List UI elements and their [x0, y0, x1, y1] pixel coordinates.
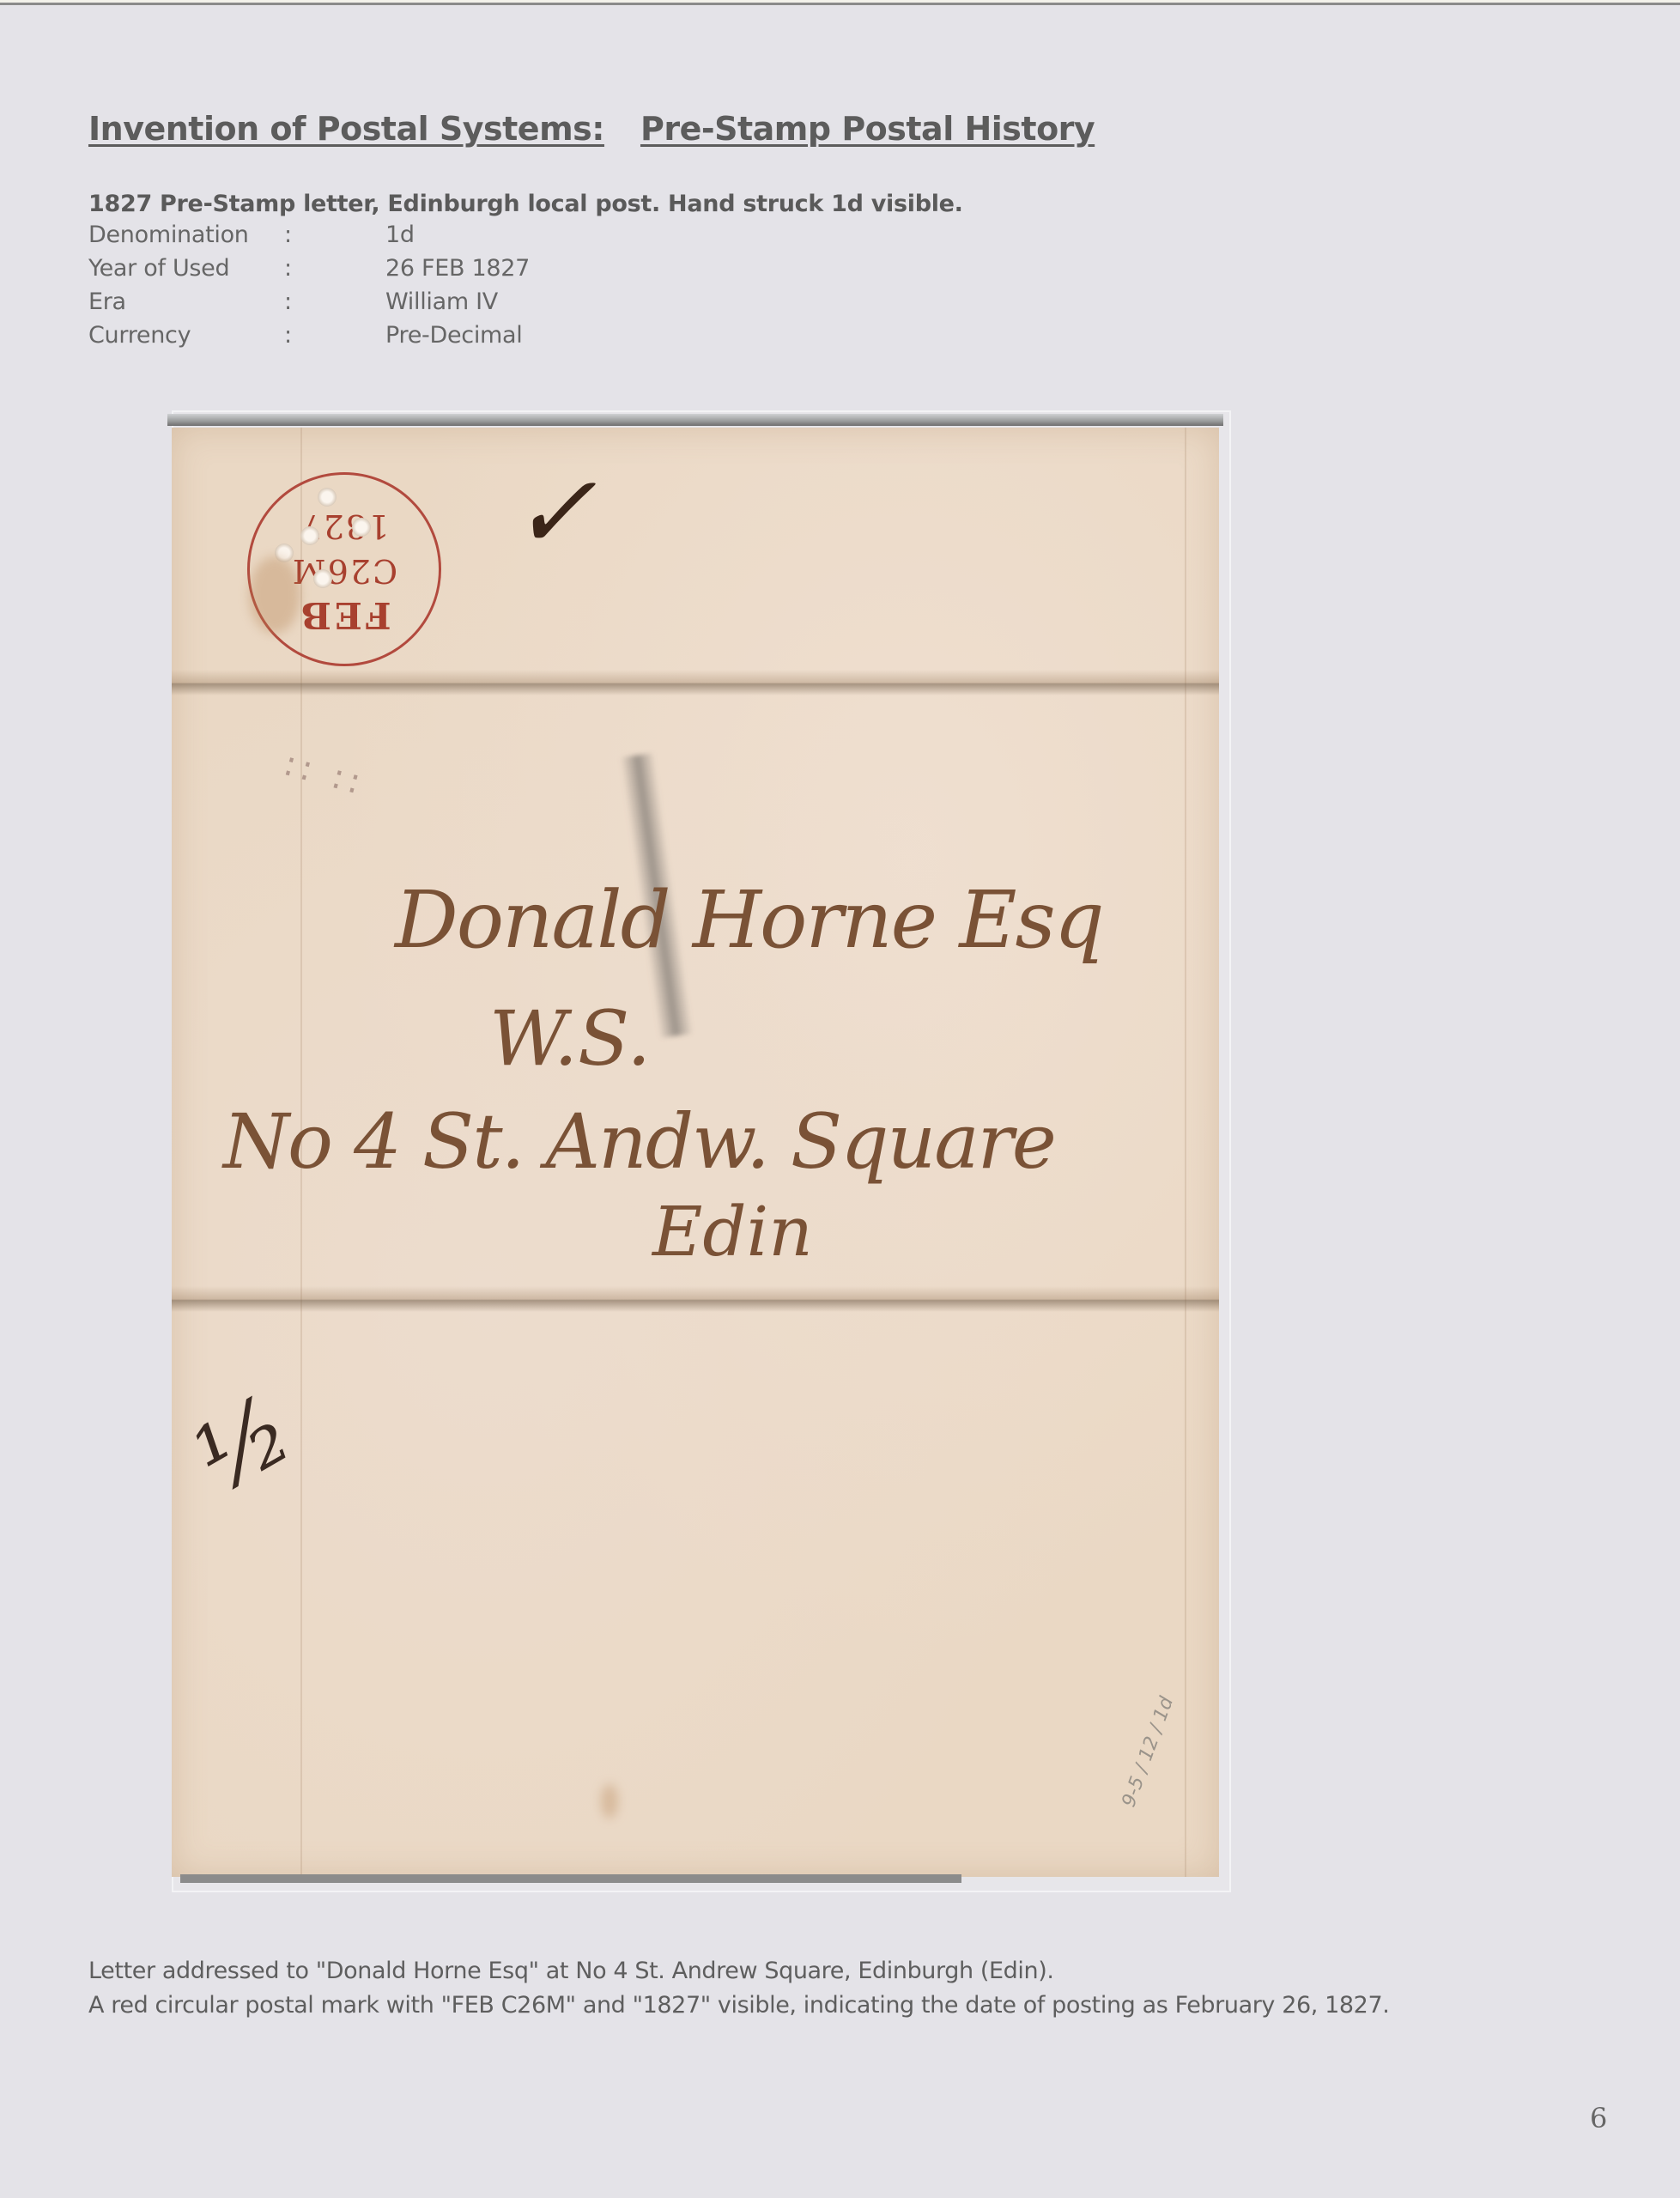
spec-row-denomination: Denomination : 1d	[88, 222, 689, 255]
caption-line: Letter addressed to "Donald Horne Esq" a…	[88, 1954, 1389, 1989]
stain	[249, 556, 300, 634]
check-mark: ✓	[511, 453, 597, 573]
faint-handstamp: :: ::	[280, 744, 370, 803]
spec-label: Currency	[88, 322, 191, 349]
page-number: 6	[1590, 2102, 1607, 2134]
spec-sep: :	[284, 222, 292, 248]
rate-mark: ½	[176, 1374, 310, 1515]
spec-sep: :	[284, 322, 292, 349]
pencil-note: 9-5 / 12 / 1d	[1119, 1694, 1179, 1810]
spec-value: Pre-Decimal	[385, 322, 522, 349]
address-line-name: Donald Horne Esq	[395, 874, 1103, 966]
caption-line: A red circular postal mark with "FEB C26…	[88, 1989, 1389, 2023]
title-left: Invention of Postal Systems:	[88, 110, 604, 148]
spec-sep: :	[284, 288, 292, 315]
spec-value: 26 FEB 1827	[385, 255, 530, 282]
sleeve-bottom-edge	[180, 1874, 961, 1883]
fold-line	[172, 670, 1219, 695]
stain	[601, 1784, 618, 1819]
page-title: Invention of Postal Systems:Pre-Stamp Po…	[88, 110, 1095, 148]
spec-row-era: Era : William IV	[88, 288, 689, 322]
spec-row-currency: Currency : Pre-Decimal	[88, 322, 689, 355]
address-line-title: W.S.	[489, 994, 651, 1083]
caption: Letter addressed to "Donald Horne Esq" a…	[88, 1954, 1389, 2023]
title-right: Pre-Stamp Postal History	[640, 110, 1095, 148]
page-top-edge	[0, 0, 1680, 9]
spec-value: 1d	[385, 222, 415, 248]
crease-line	[1185, 428, 1186, 1877]
spec-label: Era	[88, 288, 126, 315]
item-description: 1827 Pre-Stamp letter, Edinburgh local p…	[88, 191, 963, 217]
address-line-city: Edin	[652, 1192, 813, 1272]
sleeve-top-edge	[167, 414, 1223, 426]
spec-label: Year of Used	[88, 255, 229, 282]
spec-value: William IV	[385, 288, 498, 315]
spec-sep: :	[284, 255, 292, 282]
spec-row-year: Year of Used : 26 FEB 1827	[88, 255, 689, 288]
spec-label: Denomination	[88, 222, 249, 248]
fold-line	[172, 1286, 1219, 1312]
address-line-street: No 4 St. Andw. Square	[223, 1097, 1055, 1186]
letter-image: FEB C26M 1827 :: :: ✓ Donald Horne Esq W…	[172, 428, 1219, 1877]
spec-table: Denomination : 1d Year of Used : 26 FEB …	[88, 222, 689, 355]
